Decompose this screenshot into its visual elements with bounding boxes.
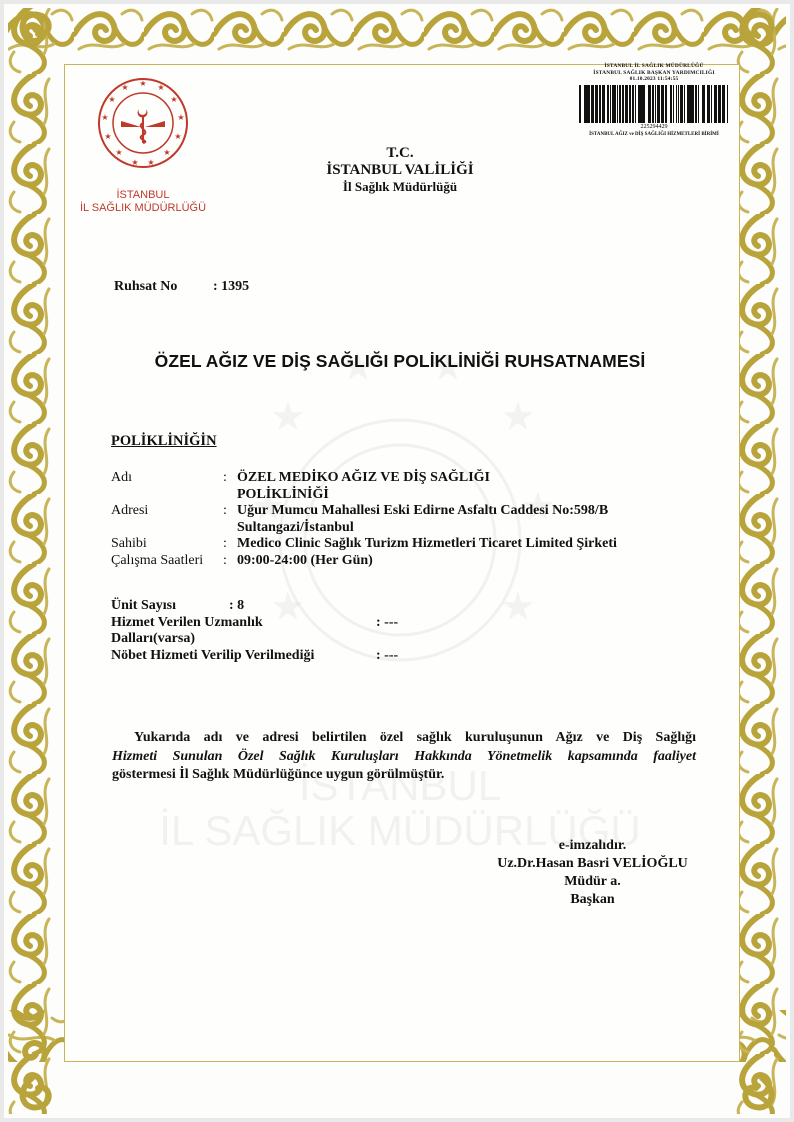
field-row: Sahibi : Medico Clinic Sağlık Turizm Hiz… [111,536,711,553]
header-governorship: İSTANBUL VALİLİĞİ [290,162,510,179]
signer-name: Uz.Dr.Hasan Basri VELİOĞLU [455,855,730,873]
field-value: Medico Clinic Sağlık Turizm Hizmetleri T… [237,536,617,553]
field-label: Adresi [111,503,223,536]
barcode-number: 225294429 [562,124,746,131]
svg-text:★: ★ [121,83,128,92]
svg-text:★: ★ [174,132,181,141]
svg-text:★: ★ [177,113,184,122]
svg-text:★: ★ [147,158,154,167]
barcode-line-3: 01.10.2023 11:54:55 [562,76,746,83]
health-ministry-seal-icon: ★★★ ★★★ ★★★ ★★★ ★ [95,75,191,171]
field-label: Adı [111,470,223,503]
license-number-value: : 1395 [213,279,249,294]
duty-value: : --- [376,648,398,665]
specialty-label: Hizmet Verilen Uzmanlık [111,615,263,630]
svg-text:★: ★ [101,113,108,122]
barcode-unit: İSTANBUL AĞIZ ve DİŞ SAĞLIĞI HİZMETLERİ … [562,131,746,138]
signer-title: Başkan [455,891,730,909]
svg-text:★: ★ [115,148,122,157]
paragraph-line-3: göstermesi İl Sağlık Müdürlüğünce uygun … [112,766,696,785]
field-label: Sahibi [111,536,223,553]
svg-text:★: ★ [108,95,115,104]
field-row: Çalışma Saatleri : 09:00-24:00 (Her Gün) [111,553,711,570]
section-heading: POLİKLİNİĞİN [111,433,217,450]
e-signed-note: e-imzalıdır. [455,837,730,855]
header-directorate: İl Sağlık Müdürlüğü [290,179,510,195]
field-label: Çalışma Saatleri [111,553,223,570]
service-details: Ünit Sayısı : 8 Hizmet Verilen Uzmanlık … [111,598,531,664]
specialty-label-cont: Dalları(varsa) [111,631,195,646]
field-value: ÖZEL MEDİKO AĞIZ VE DİŞ SAĞLIĞI POLİKLİN… [237,470,537,503]
signature-block: e-imzalıdır. Uz.Dr.Hasan Basri VELİOĞLU … [455,837,730,909]
signer-role: Müdür a. [455,873,730,891]
svg-text:★: ★ [104,132,111,141]
license-number-label: Ruhsat No [114,279,213,295]
approval-paragraph: Yukarıda adı ve adresi belirtilen özel s… [112,729,696,785]
unit-count-label: Ünit Sayısı [111,598,176,613]
field-row: Adresi : Uğur Mumcu Mahallesi Eski Edirn… [111,503,711,536]
svg-text:★: ★ [163,148,170,157]
specialty-value: : --- [376,615,398,632]
svg-text:★: ★ [157,83,164,92]
issuer-header: T.C. İSTANBUL VALİLİĞİ İl Sağlık Müdürlü… [290,145,510,195]
ministry-logo: ★★★ ★★★ ★★★ ★★★ ★ İSTANBUL İL SAĞLIK MÜD… [78,75,208,215]
license-number: Ruhsat No: 1395 [114,279,249,295]
svg-text:★: ★ [170,95,177,104]
unit-count-value: : 8 [229,598,244,615]
clinic-fields: Adı : ÖZEL MEDİKO AĞIZ VE DİŞ SAĞLIĞI PO… [111,470,711,569]
duty-label: Nöbet Hizmeti Verilip Verilmediği [111,648,314,663]
field-value: 09:00-24:00 (Her Gün) [237,553,373,570]
paragraph-line-2: Hizmeti Sunulan Özel Sağlık Kuruluşları … [112,748,696,767]
logo-directorate: İL SAĞLIK MÜDÜRLÜĞÜ [78,202,208,215]
field-row: Adı : ÖZEL MEDİKO AĞIZ VE DİŞ SAĞLIĞI PO… [111,470,711,503]
paragraph-line-1: Yukarıda adı ve adresi belirtilen özel s… [134,730,696,745]
barcode-bars [579,85,729,123]
svg-text:★: ★ [139,79,146,88]
header-tc: T.C. [290,145,510,162]
svg-text:★: ★ [131,158,138,167]
barcode-label: İSTANBUL İL SAĞLIK MÜDÜRLÜĞÜ İSTANBUL SA… [562,63,746,153]
logo-city: İSTANBUL [78,189,208,202]
document-title: ÖZEL AĞIZ VE DİŞ SAĞLIĞI POLİKLİNİĞİ RUH… [0,351,794,372]
field-value: Uğur Mumcu Mahallesi Eski Edirne Asfaltı… [237,503,657,536]
